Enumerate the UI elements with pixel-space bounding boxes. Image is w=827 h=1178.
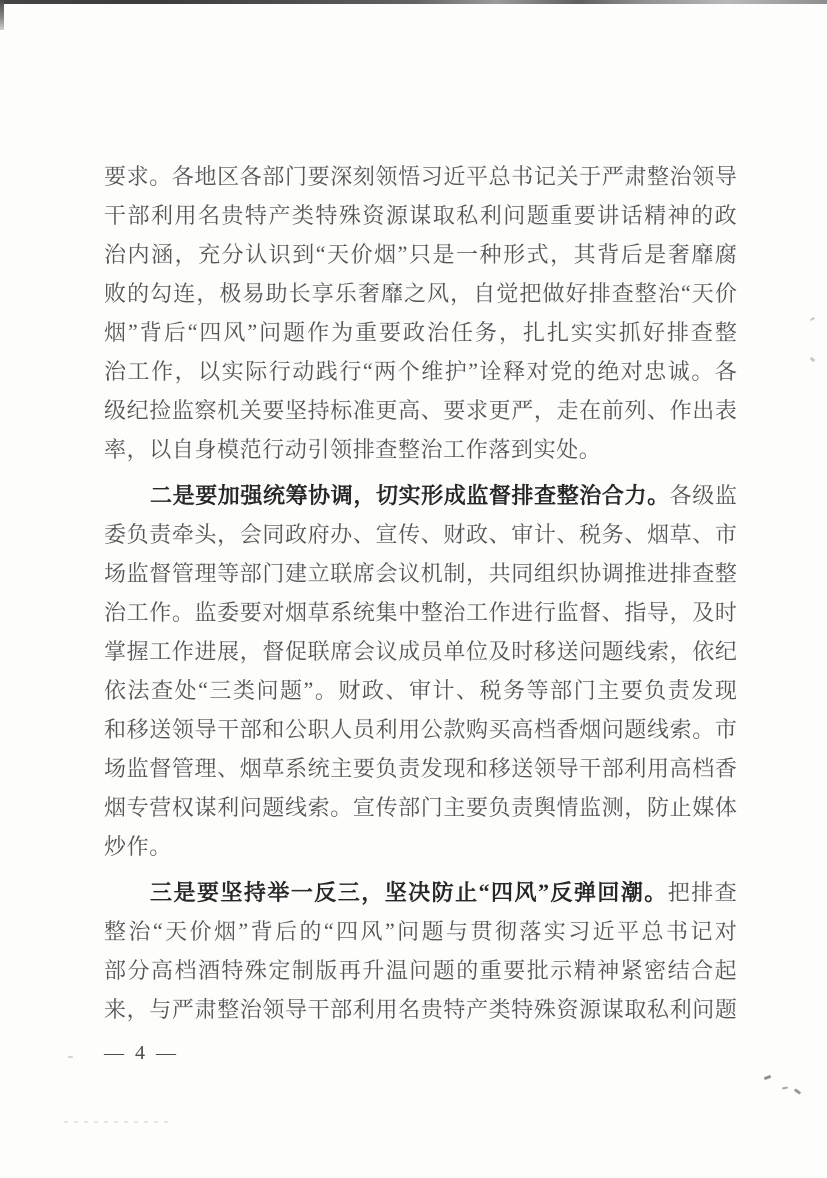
text-line: 委负责牵头，会同政府办、宣传、财政、审计、税务、烟草、市 <box>104 514 737 553</box>
text-line: 烟”背后“四风”问题作为重要政治任务，扎扎实实抓好排查整 <box>104 312 737 351</box>
text-line: 场监督管理等部门建立联席会议机制，共同组织协调推进排查整 <box>104 553 737 592</box>
text-line: 治工作，以实际行动践行“两个维护”诠释对党的绝对忠诚。各 <box>104 351 737 390</box>
text-line: 治工作。监委要对烟草系统集中整治工作进行监督、指导，及时 <box>104 592 737 631</box>
text-line: 整治“天价烟”背后的“四风”问题与贯彻落实习近平总书记对 <box>104 911 737 950</box>
paragraph-3: 三是要坚持举一反三，坚决防止“四风”反弹回潮。把排查整治“天价烟”背后的“四风”… <box>104 872 737 1028</box>
scan-smudge <box>64 1121 174 1123</box>
text-line: 场监督管理、烟草系统主要负责发现和移送领导干部利用高档香 <box>104 748 737 787</box>
text-line: 和移送领导干部和公职人员利用公款购买高档香烟问题线索。市 <box>104 709 737 748</box>
paragraph-2: 二是要加强统筹协调，切实形成监督排查整治合力。各级监委负责牵头，会同政府办、宣传… <box>104 475 737 865</box>
text-line: 烟专营权谋利问题线索。宣传部门主要负责舆情监测，防止媒体 <box>104 787 737 826</box>
page-number: — 4 — <box>104 1042 179 1065</box>
text-line: 三是要坚持举一反三，坚决防止“四风”反弹回潮。把排查 <box>104 872 737 911</box>
document-body: 要求。各地区各部门要深刻领悟习近平总书记关于严肃整治领导干部利用名贵特产类特殊资… <box>104 156 737 1028</box>
scan-speckle <box>810 357 816 363</box>
text-line: 要求。各地区各部门要深刻领悟习近平总书记关于严肃整治领导 <box>104 156 737 195</box>
document-page: 要求。各地区各部门要深刻领悟习近平总书记关于严肃整治领导干部利用名贵特产类特殊资… <box>0 0 827 1178</box>
scan-speckle <box>68 1056 73 1058</box>
scan-speckle <box>764 1075 772 1080</box>
paragraph-1: 要求。各地区各部门要深刻领悟习近平总书记关于严肃整治领导干部利用名贵特产类特殊资… <box>104 156 737 468</box>
text-line: 掌握工作进展，督促联席会议成员单位及时移送问题线索，依纪 <box>104 631 737 670</box>
scan-speckle <box>794 1088 801 1094</box>
text-line: 干部利用名贵特产类特殊资源谋取私利问题重要讲话精神的政 <box>104 195 737 234</box>
text-line: 部分高档酒特殊定制版再升温问题的重要批示精神紧密结合起 <box>104 950 737 989</box>
text-line: 二是要加强统筹协调，切实形成监督排查整治合力。各级监 <box>104 475 737 514</box>
text-line: 治内涵，充分认识到“天价烟”只是一种形式，其背后是奢靡腐 <box>104 234 737 273</box>
text-line: 率，以自身模范行动引领排查整治工作落到实处。 <box>104 429 737 468</box>
text-line: 来，与严肃整治领导干部利用名贵特产类特殊资源谋取私利问题 <box>104 989 737 1028</box>
text-line: 败的勾连，极易助长享乐奢靡之风，自觉把做好排查整治“天价 <box>104 273 737 312</box>
text-line: 依法查处“三类问题”。财政、审计、税务等部门主要负责发现 <box>104 670 737 709</box>
scan-speckle <box>782 1086 788 1089</box>
text-line: 级纪捡监察机关要坚持标准更高、要求更严，走在前列、作出表 <box>104 390 737 429</box>
text-line: 炒作。 <box>104 826 737 865</box>
scan-speckle <box>810 317 815 321</box>
scan-left-edge-notch <box>0 0 4 30</box>
scan-top-edge <box>0 0 827 4</box>
